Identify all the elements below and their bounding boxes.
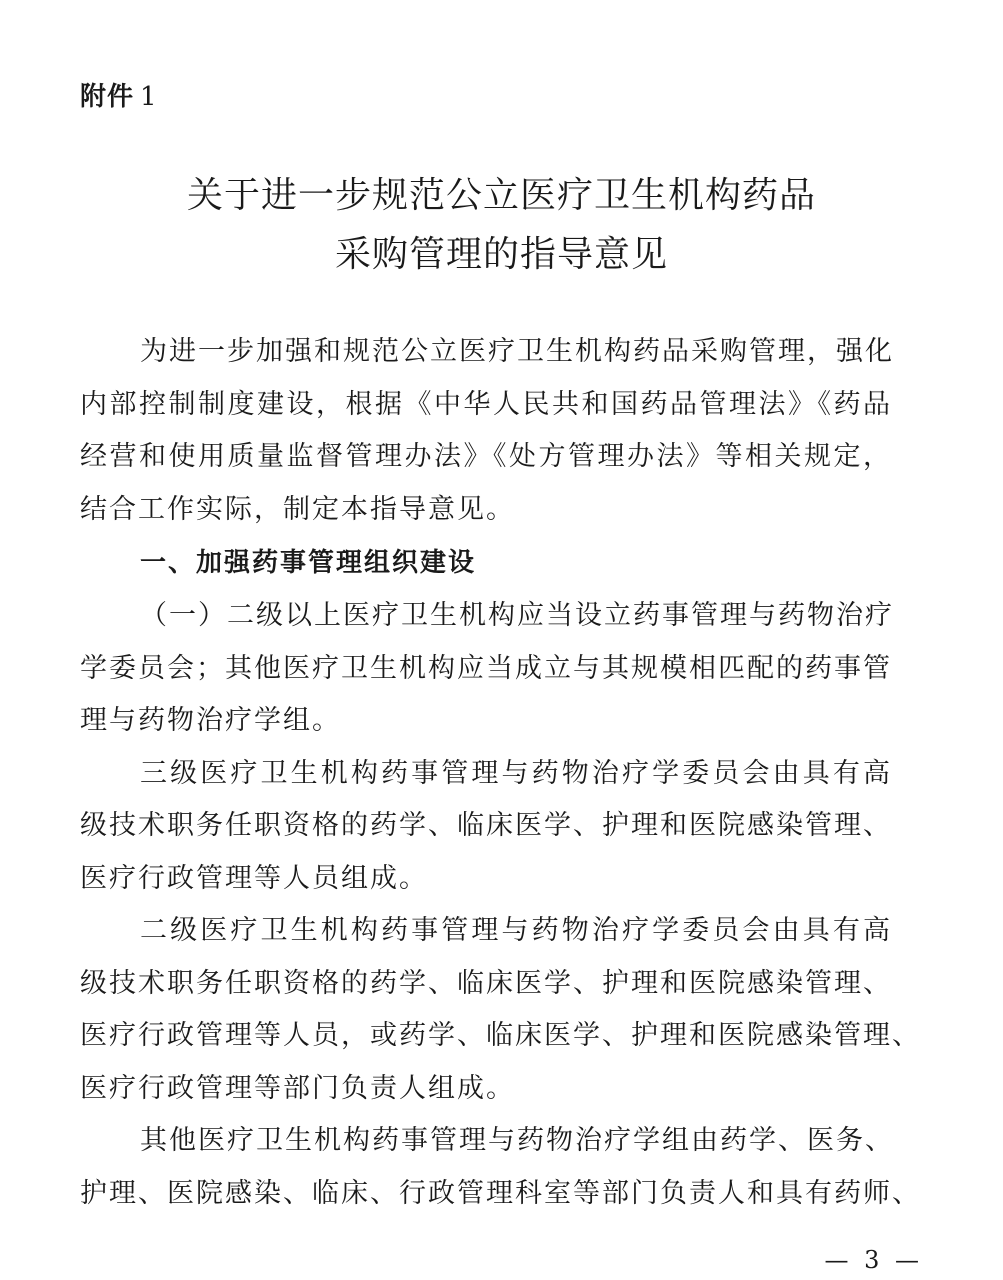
text-line: 经营和使用质量监督管理办法》《处方管理办法》等相关规定， <box>80 431 892 484</box>
tier2-paragraph: 二级医疗卫生机构药事管理与药物治疗学委员会由具有高 级技术职务任职资格的药学、临… <box>80 905 892 1115</box>
document-title: 关于进一步规范公立医疗卫生机构药品 采购管理的指导意见 <box>0 166 1003 284</box>
section-heading: 一、加强药事管理组织建设 <box>80 536 892 590</box>
text-line: 二级医疗卫生机构药事管理与药物治疗学委员会由具有高 <box>80 905 892 958</box>
text-line: 级技术职务任职资格的药学、临床医学、护理和医院感染管理、 <box>80 958 892 1011</box>
other-paragraph: 其他医疗卫生机构药事管理与药物治疗学组由药学、医务、 护理、医院感染、临床、行政… <box>80 1115 892 1220</box>
document-body: 为进一步加强和规范公立医疗卫生机构药品采购管理，强化 内部控制制度建设，根据《中… <box>80 326 892 1220</box>
item-1-paragraph: （一）二级以上医疗卫生机构应当设立药事管理与药物治疗 学委员会；其他医疗卫生机构… <box>80 590 892 748</box>
text-line: 理与药物治疗学组。 <box>80 695 892 748</box>
document-title-line-1: 关于进一步规范公立医疗卫生机构药品 <box>0 166 1003 225</box>
text-line: （一）二级以上医疗卫生机构应当设立药事管理与药物治疗 <box>80 590 892 643</box>
tier3-paragraph: 三级医疗卫生机构药事管理与药物治疗学委员会由具有高 级技术职务任职资格的药学、临… <box>80 748 892 906</box>
attachment-label-text: 附件 <box>80 82 134 112</box>
text-line: 三级医疗卫生机构药事管理与药物治疗学委员会由具有高 <box>80 748 892 801</box>
text-line: 学委员会；其他医疗卫生机构应当成立与其规模相匹配的药事管 <box>80 643 892 696</box>
text-line: 其他医疗卫生机构药事管理与药物治疗学组由药学、医务、 <box>80 1115 892 1168</box>
attachment-label: 附件1 <box>80 76 158 113</box>
attachment-number: 1 <box>140 82 158 112</box>
document-title-line-2: 采购管理的指导意见 <box>0 225 1003 284</box>
text-line: 结合工作实际，制定本指导意见。 <box>80 484 892 537</box>
text-line: 为进一步加强和规范公立医疗卫生机构药品采购管理，强化 <box>80 326 892 379</box>
text-line: 医疗行政管理等部门负责人组成。 <box>80 1063 892 1116</box>
text-line: 级技术职务任职资格的药学、临床医学、护理和医院感染管理、 <box>80 800 892 853</box>
intro-paragraph: 为进一步加强和规范公立医疗卫生机构药品采购管理，强化 内部控制制度建设，根据《中… <box>80 326 892 536</box>
page-number: — 3 — <box>824 1246 923 1274</box>
text-line: 医疗行政管理等人员组成。 <box>80 853 892 906</box>
text-line: 内部控制制度建设，根据《中华人民共和国药品管理法》《药品 <box>80 379 892 432</box>
text-line: 护理、医院感染、临床、行政管理科室等部门负责人和具有药师、 <box>80 1168 892 1221</box>
text-line: 医疗行政管理等人员，或药学、临床医学、护理和医院感染管理、 <box>80 1010 892 1063</box>
